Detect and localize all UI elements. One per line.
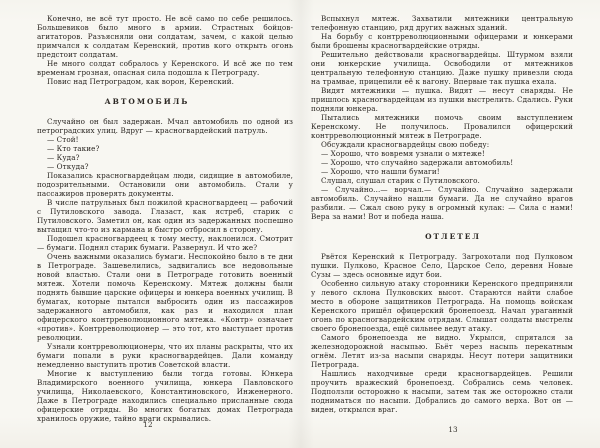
paragraph: Самого бронепоезда не видно. Укрылся, сп… [311, 333, 573, 369]
paragraph: Не много солдат собралось у Керенского. … [37, 59, 293, 77]
paragraph: Случайно он был задержан. Мчал автомобил… [37, 117, 293, 135]
section-heading: ОТЛЕТЕЛ [322, 232, 584, 241]
paragraph: Слушал, слушал старик с Путиловского. [311, 176, 573, 185]
dialogue-line: — Хорошо, что нашли бумаги! [311, 167, 573, 176]
dialogue-line: — Откуда? [37, 162, 293, 171]
dialogue-line: — Хорошо, что вовремя узнали о мятеже! [311, 149, 573, 158]
paragraph: — Случайно...— ворчал.— Случайно. Случай… [311, 185, 573, 221]
paragraph: Очень важными оказались бумаги. Неспокой… [37, 252, 293, 342]
dialogue-line: — Кто такие? [37, 144, 293, 153]
page-number: 13 [443, 425, 463, 434]
paragraph: Вспыхнул мятеж. Захватили мятежники цент… [311, 14, 573, 32]
dialogue-line: — Хорошо, что случайно задержали автомоб… [311, 158, 573, 167]
paragraph: Подошел красногвардеец к тому месту, нак… [37, 234, 293, 252]
paragraph: Повис над Петроградом, как ворон, Керенс… [37, 77, 293, 86]
page-13-text-column: Вспыхнул мятеж. Захватили мятежники цент… [311, 14, 573, 414]
page-12-text-column: Конечно, не всё тут просто. Не всё само … [37, 14, 293, 423]
paragraph: Обсуждали красногвардейцы свою победу: [311, 140, 573, 149]
paragraph: Показались красногвардейцам люди, сидящи… [37, 171, 293, 198]
paragraph: Узнали контрреволюционеры, что их планы … [37, 342, 293, 369]
paragraph: На борьбу с контрреволюционными офицерам… [311, 32, 573, 50]
paragraph: Пытались мятежники помочь своим выступле… [311, 113, 573, 140]
paragraph: Решительно действовали красногвардейцы. … [311, 50, 573, 86]
book-spread-scan: Конечно, не всё тут просто. Не всё само … [0, 0, 600, 448]
page-number: 12 [138, 420, 158, 429]
paragraph: Нашлись находчивые среди красногвардейце… [311, 369, 573, 414]
paragraph: Рвётся Керенский к Петрограду. Загрохота… [311, 252, 573, 279]
paragraph: В числе патрульных был пожилой красногва… [37, 198, 293, 234]
paragraph: Многие к выступлению были тогда готовы. … [37, 369, 293, 423]
paragraph: Особенно сильную атаку сторонники Керенс… [311, 279, 573, 333]
dialogue-line: — Стой! [37, 135, 293, 144]
section-heading: АВТОМОБИЛЬ [19, 97, 275, 106]
paragraph: Видят мятежники — пушка. Видят — несут с… [311, 86, 573, 113]
dialogue-line: — Куда? [37, 153, 293, 162]
paragraph: Конечно, не всё тут просто. Не всё само … [37, 14, 293, 59]
